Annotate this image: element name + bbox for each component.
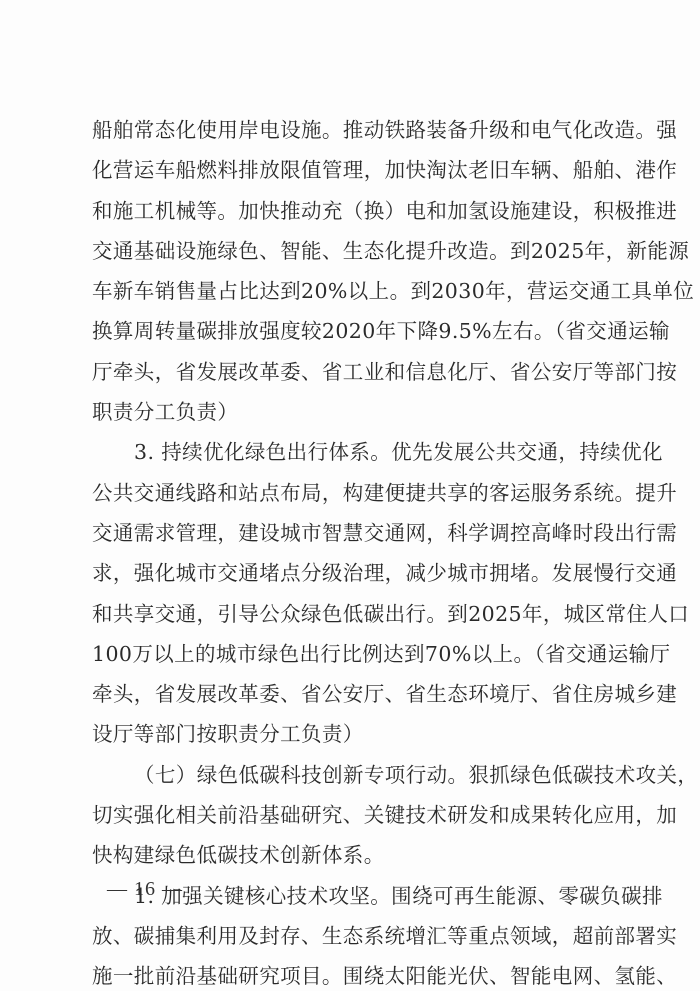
text-line: 交通需求管理，建设城市智慧交通网，科学调控高峰时段出行需 xyxy=(92,513,608,553)
text-line: 100万以上的城市绿色出行比例达到70%以上。（省交通运输厅 xyxy=(92,634,608,674)
text-line: 设厅等部门按职责分工负责） xyxy=(92,714,608,754)
text-line: 化营运车船燃料排放限值管理，加快淘汰老旧车辆、船舶、港作 xyxy=(92,150,608,190)
text-line: 交通基础设施绿色、智能、生态化提升改造。到2025年，新能源 xyxy=(92,231,608,271)
text-line: 车新车销售量占比达到20%以上。到2030年，营运交通工具单位 xyxy=(92,271,608,311)
text-line: 厅牵头，省发展改革委、省工业和信息化厅、省公安厅等部门按 xyxy=(92,352,608,392)
text-line: 快构建绿色低碳技术创新体系。 xyxy=(92,835,608,875)
text-line: 放、碳捕集利用及封存、生态系统增汇等重点领域，超前部署实 xyxy=(92,916,608,956)
page-number: — 16 — xyxy=(107,878,183,901)
text-line: 和施工机械等。加快推动充（换）电和加氢设施建设，积极推进 xyxy=(92,191,608,231)
document-body: 船舶常态化使用岸电设施。推动铁路装备升级和电气化改造。强 化营运车船燃料排放限值… xyxy=(92,110,608,991)
text-line: 牵头，省发展改革委、省公安厅、省生态环境厅、省住房城乡建 xyxy=(92,674,608,714)
text-line: 求，强化城市交通堵点分级治理，减少城市拥堵。发展慢行交通 xyxy=(92,553,608,593)
section-heading-line: 3. 持续优化绿色出行体系。优先发展公共交通，持续优化 xyxy=(92,432,608,472)
section-heading-line: （七）绿色低碳科技创新专项行动。狠抓绿色低碳技术攻关， xyxy=(92,755,608,795)
text-line: 公共交通线路和站点布局，构建便捷共享的客运服务系统。提升 xyxy=(92,473,608,513)
text-line: 施一批前沿基础研究项目。围绕太阳能光伏、智能电网、氢能、 xyxy=(92,956,608,991)
text-line: 切实强化相关前沿基础研究、关键技术研发和成果转化应用，加 xyxy=(92,795,608,835)
text-line: 换算周转量碳排放强度较2020年下降9.5%左右。（省交通运输 xyxy=(92,311,608,351)
text-line: 职责分工负责） xyxy=(92,392,608,432)
text-line: 和共享交通，引导公众绿色低碳出行。到2025年，城区常住人口 xyxy=(92,594,608,634)
text-line: 船舶常态化使用岸电设施。推动铁路装备升级和电气化改造。强 xyxy=(92,110,608,150)
